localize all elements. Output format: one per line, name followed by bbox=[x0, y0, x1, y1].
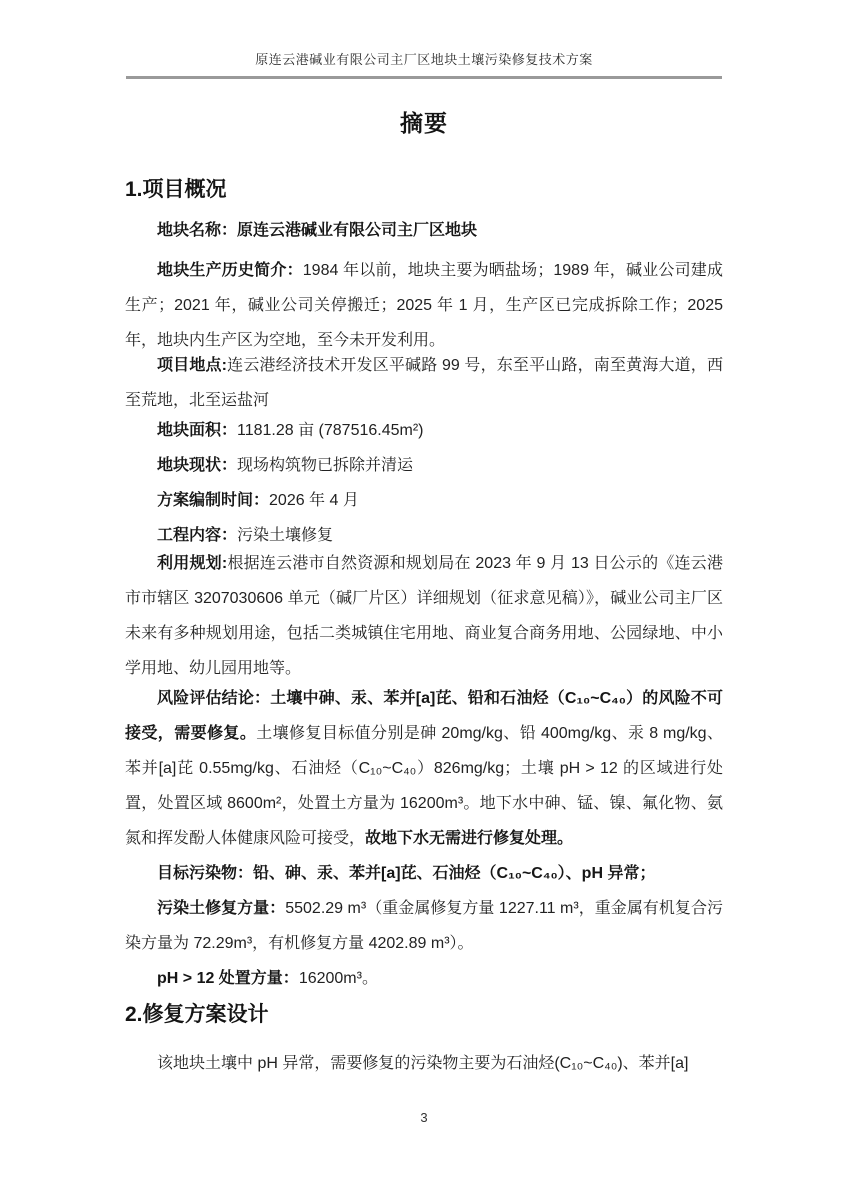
paragraph-site-name: 地块名称：原连云港碱业有限公司主厂区地块 bbox=[125, 213, 723, 248]
plan-date-value: 2026 年 4 月 bbox=[269, 492, 359, 509]
plan-date-label: 方案编制时间： bbox=[157, 492, 269, 509]
paragraph-area: 地块面积：1181.28 亩 (787516.45m²) bbox=[125, 413, 723, 448]
paragraph-land-use: 利用规划:根据连云港市自然资源和规划局在 2023 年 9 月 13 日公示的《… bbox=[125, 546, 723, 686]
document-page: 原连云港碱业有限公司主厂区地块土壤污染修复技术方案 摘要 1.项目概况 地块名称… bbox=[0, 0, 848, 1200]
area-value: 1181.28 亩 (787516.45m²) bbox=[237, 422, 424, 439]
area-label: 地块面积： bbox=[157, 422, 237, 439]
status-value: 现场构筑物已拆除并清运 bbox=[237, 457, 413, 474]
header-divider bbox=[126, 76, 722, 79]
paragraph-target-pollutants: 目标污染物：铅、砷、汞、苯并[a]芘、石油烃（C₁₀~C₄₀）、pH 异常； bbox=[125, 856, 723, 891]
scope-label: 工程内容： bbox=[157, 527, 237, 544]
target-pollutants-text: 目标污染物：铅、砷、汞、苯并[a]芘、石油烃（C₁₀~C₄₀）、pH 异常； bbox=[157, 865, 655, 882]
document-title: 摘要 bbox=[0, 106, 848, 140]
paragraph-ph-volume: pH > 12 处置方量：16200m³。 bbox=[125, 961, 723, 996]
ph-volume-value: 16200m³。 bbox=[299, 970, 378, 987]
status-label: 地块现状： bbox=[157, 457, 237, 474]
ph-volume-label: pH > 12 处置方量： bbox=[157, 970, 299, 987]
paragraph-section2-intro: 该地块土壤中 pH 异常，需要修复的污染物主要为石油烃(C₁₀~C₄₀)、苯并[… bbox=[125, 1046, 723, 1081]
section2-heading: 2.修复方案设计 bbox=[125, 1000, 725, 1030]
history-label: 地块生产历史简介： bbox=[157, 262, 303, 279]
risk-bold-tail: 故地下水无需进行修复处理。 bbox=[365, 830, 573, 847]
paragraph-location: 项目地点:连云港经济技术开发区平碱路 99 号，东至平山路，南至黄海大道，西至荒… bbox=[125, 348, 723, 418]
paragraph-remediation-volume: 污染土修复方量：5502.29 m³（重金属修复方量 1227.11 m³，重金… bbox=[125, 891, 723, 961]
section1-heading: 1.项目概况 bbox=[125, 175, 725, 205]
site-name-value: 原连云港碱业有限公司主厂区地块 bbox=[237, 222, 477, 239]
paragraph-risk-conclusion: 风险评估结论：土壤中砷、汞、苯并[a]芘、铅和石油烃（C₁₀~C₄₀）的风险不可… bbox=[125, 681, 723, 856]
paragraph-history: 地块生产历史简介：1984 年以前，地块主要为晒盐场；1989 年，碱业公司建成… bbox=[125, 253, 723, 358]
section2-intro-text: 该地块土壤中 pH 异常，需要修复的污染物主要为石油烃(C₁₀~C₄₀)、苯并[… bbox=[157, 1055, 688, 1072]
land-use-value: 根据连云港市自然资源和规划局在 2023 年 9 月 13 日公示的《连云港市市… bbox=[125, 555, 723, 677]
volume-label: 污染土修复方量： bbox=[157, 900, 285, 917]
paragraph-plan-date: 方案编制时间：2026 年 4 月 bbox=[125, 483, 723, 518]
paragraph-status: 地块现状：现场构筑物已拆除并清运 bbox=[125, 448, 723, 483]
land-use-label: 利用规划: bbox=[157, 555, 227, 572]
location-label: 项目地点: bbox=[157, 357, 227, 374]
risk-normal-mid: 土壤修复目标值分别是砷 20mg/kg、铅 400mg/kg、汞 8 mg/kg… bbox=[125, 725, 723, 847]
site-name-label: 地块名称： bbox=[157, 222, 237, 239]
running-header-title: 原连云港碱业有限公司主厂区地块土壤污染修复技术方案 bbox=[255, 52, 593, 67]
page-number: 3 bbox=[0, 1110, 848, 1126]
running-header: 原连云港碱业有限公司主厂区地块土壤污染修复技术方案 bbox=[0, 52, 848, 68]
scope-value: 污染土壤修复 bbox=[237, 527, 333, 544]
